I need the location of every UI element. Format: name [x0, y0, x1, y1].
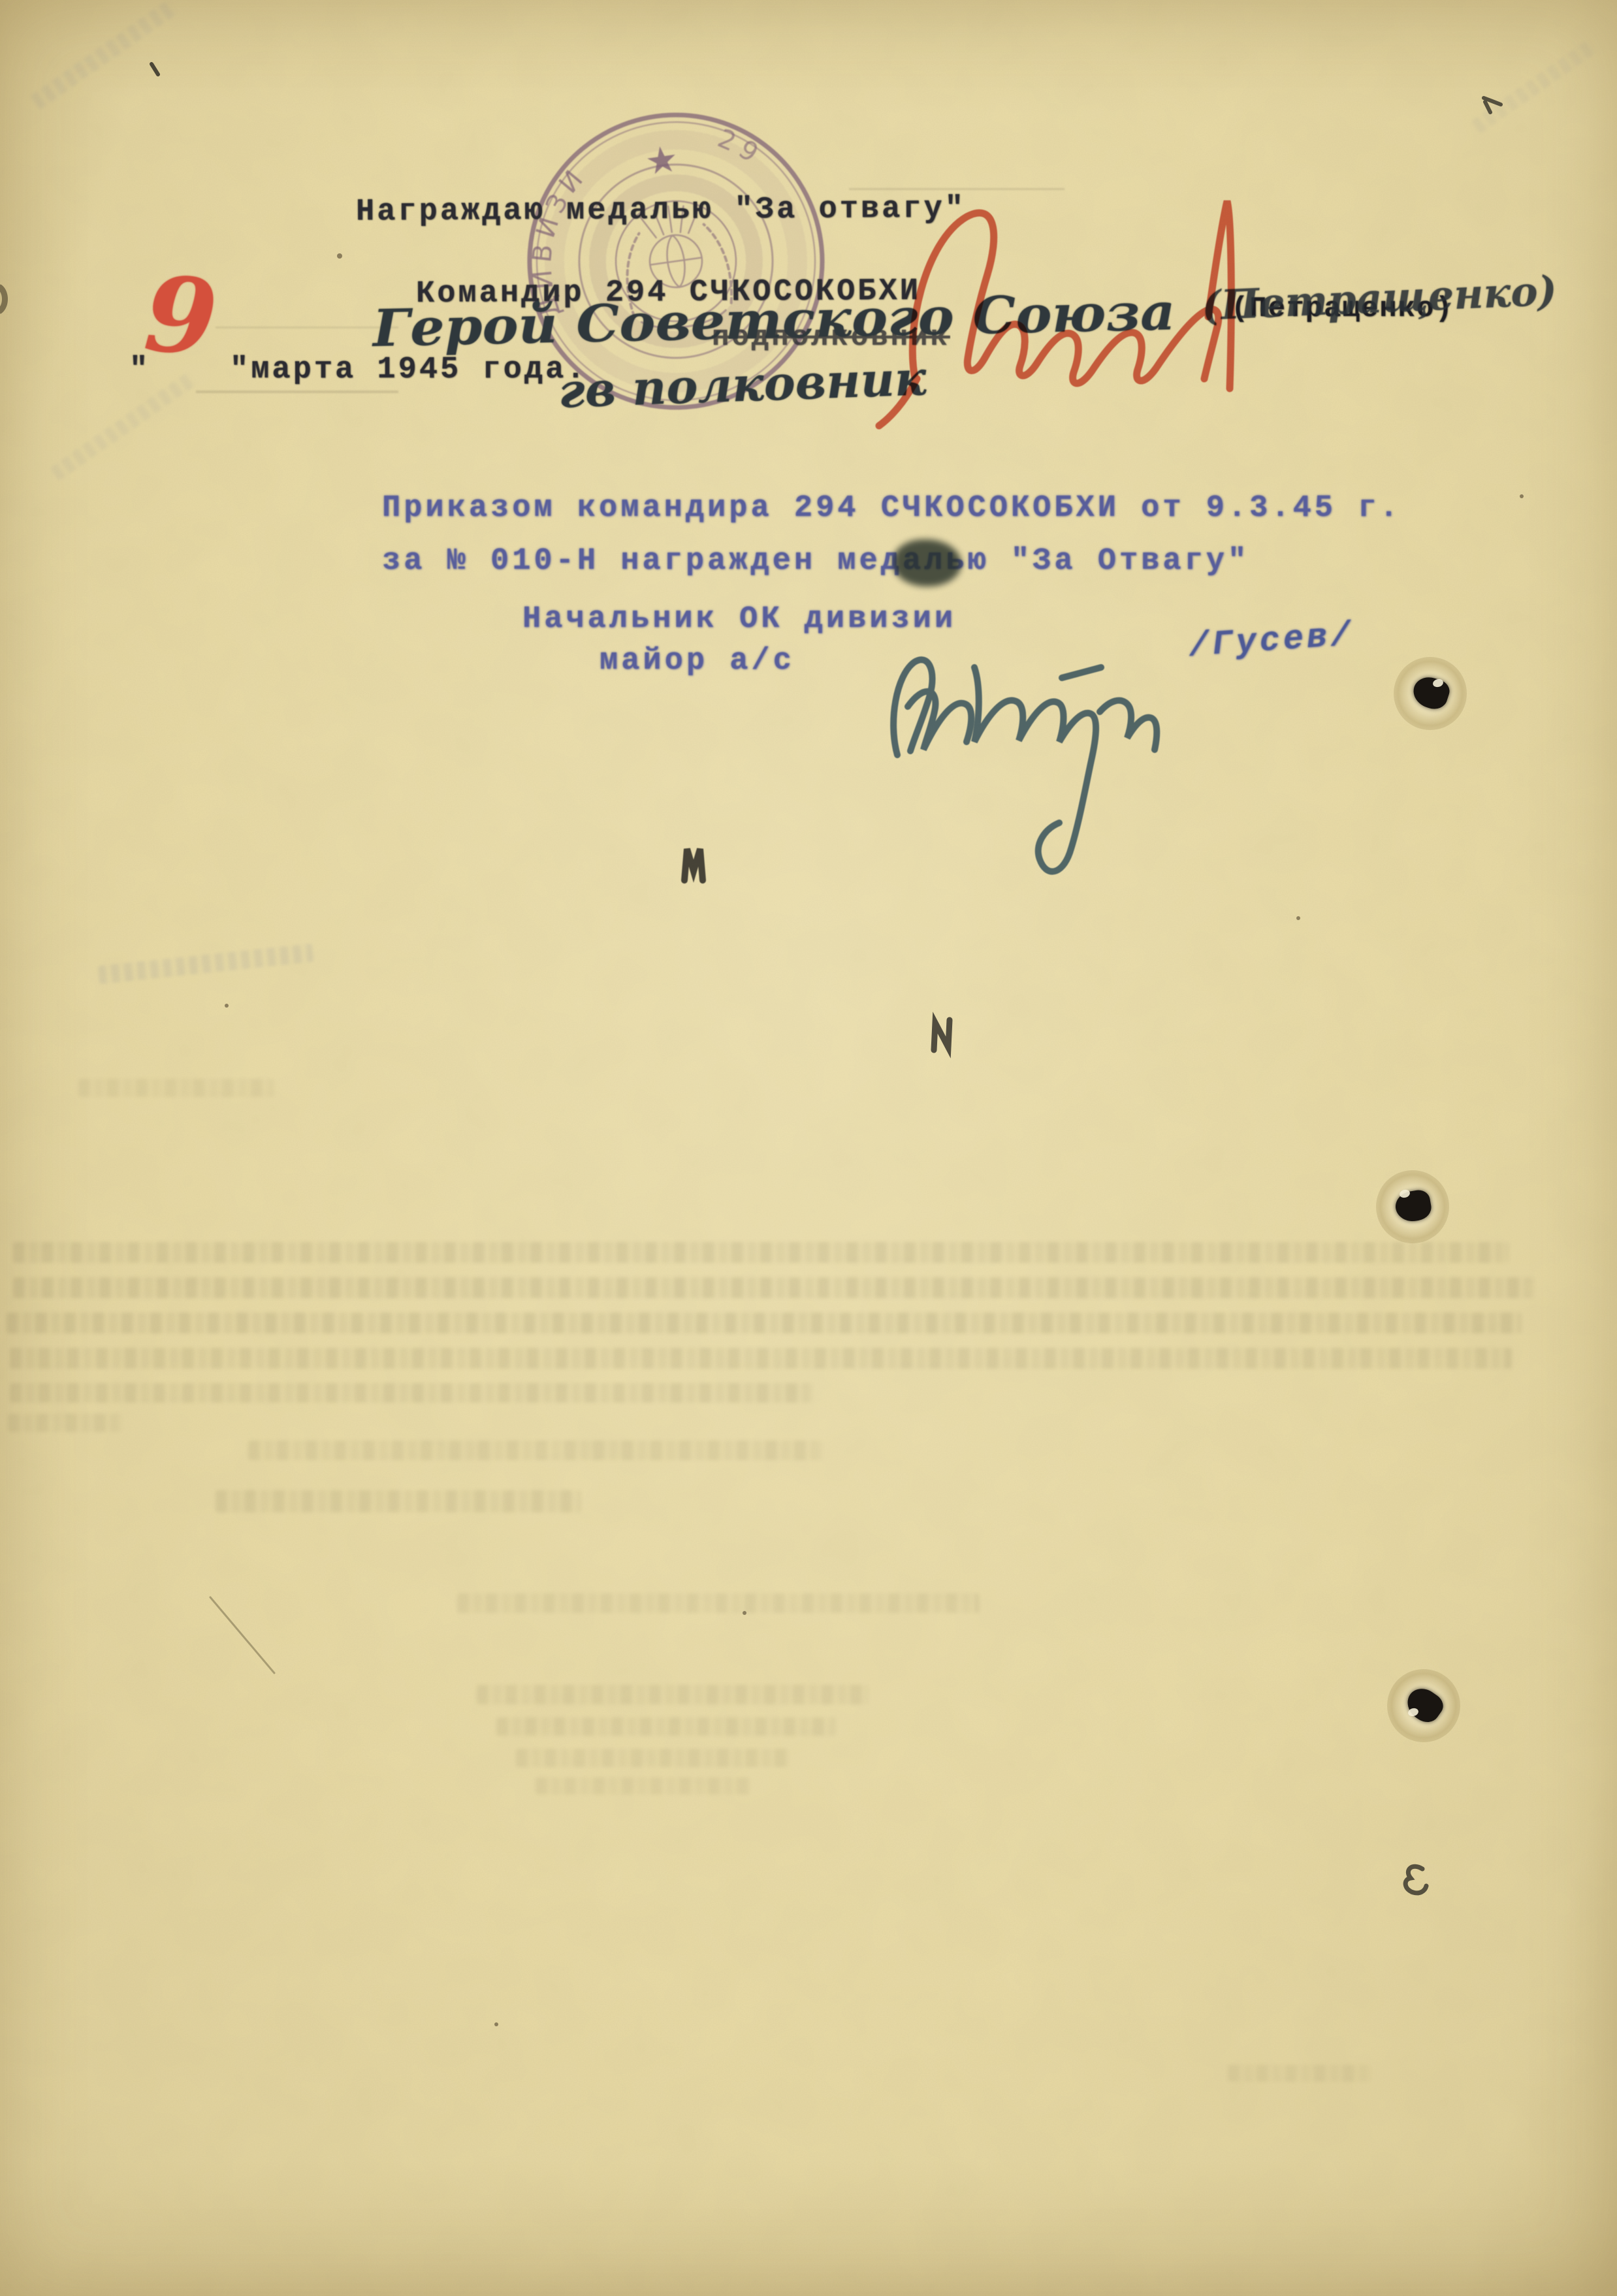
hole-punch: [1376, 1170, 1449, 1243]
ink-speck: [1520, 494, 1524, 498]
stray-corner-mark: [1484, 98, 1501, 112]
stray-tick-mark: [152, 64, 158, 74]
ink-speck: [743, 1611, 746, 1615]
ok-chief-blue-signature: [875, 627, 1371, 901]
stray-letter-mark: [1405, 1866, 1426, 1893]
scanned-document-page: { "header": { "award_statement": "Награж…: [0, 0, 1617, 2296]
hole-punch: [1387, 1669, 1460, 1742]
ink-speck: [337, 253, 342, 259]
ink-speck: [225, 1004, 229, 1008]
edge-blemish: [0, 287, 5, 311]
stray-letter-mark: [934, 1020, 950, 1050]
hole-punch: [1394, 657, 1467, 730]
stray-marks-layer: [0, 0, 1617, 2296]
pencil-scratch: [210, 1597, 274, 1673]
commander-red-signature: [869, 183, 1326, 457]
ink-speck: [1296, 916, 1300, 920]
ink-speck: [494, 2022, 498, 2026]
stray-letter-mark: [684, 849, 703, 880]
